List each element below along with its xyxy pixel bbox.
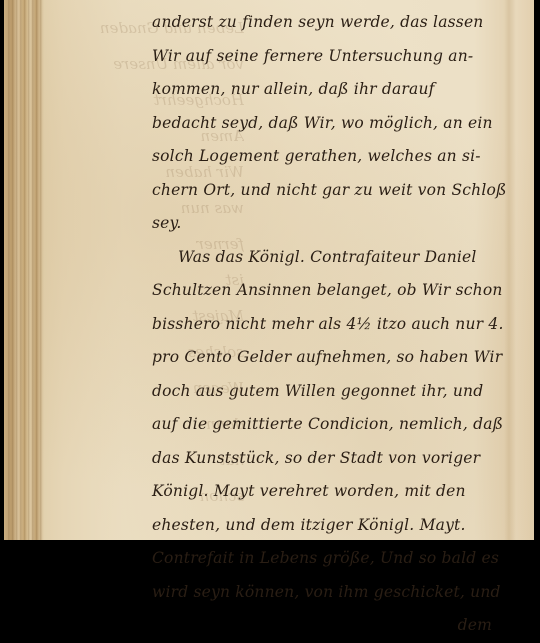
text-line: Wir auf seine fernere Untersuchung an- (152, 40, 502, 74)
paragraph-start-line: Was das Königl. Contrafaiteur Daniel (152, 241, 502, 275)
text-line: chern Ort, und nicht gar zu weit von Sch… (152, 174, 502, 208)
text-line: Schultzen Ansinnen belanget, ob Wir scho… (152, 274, 502, 308)
book-gutter (8, 0, 44, 540)
text-line: auf die gemittierte Condicion, nemlich, … (152, 408, 502, 442)
text-line: bedacht seyd, daß Wir, wo möglich, an ei… (152, 107, 502, 141)
text-line: ehesten, und dem itziger Königl. Mayt. (152, 509, 502, 541)
text-line: Königl. Mayt verehret worden, mit den (152, 475, 502, 509)
text-line: bisshero nicht mehr als 4½ itzo auch nur… (152, 308, 502, 342)
text-line: doch aus gutem Willen gegonnet ihr, und (152, 375, 502, 409)
text-line: sey. (152, 207, 502, 241)
text-line: anderst zu finden seyn werde, das lassen (152, 6, 502, 40)
text-line: kommen, nur allein, daß ihr darauf (152, 73, 502, 107)
manuscript-text: anderst zu finden seyn werde, das lassen… (152, 6, 502, 540)
text-line: pro Cento Gelder aufnehmen, so haben Wir (152, 341, 502, 375)
text-line: das Kunststück, so der Stadt von voriger (152, 442, 502, 476)
text-line: solch Logement gerathen, welches an si- (152, 140, 502, 174)
manuscript-page: Leben und Gnaden vor allem Unsere Hochge… (4, 0, 534, 540)
